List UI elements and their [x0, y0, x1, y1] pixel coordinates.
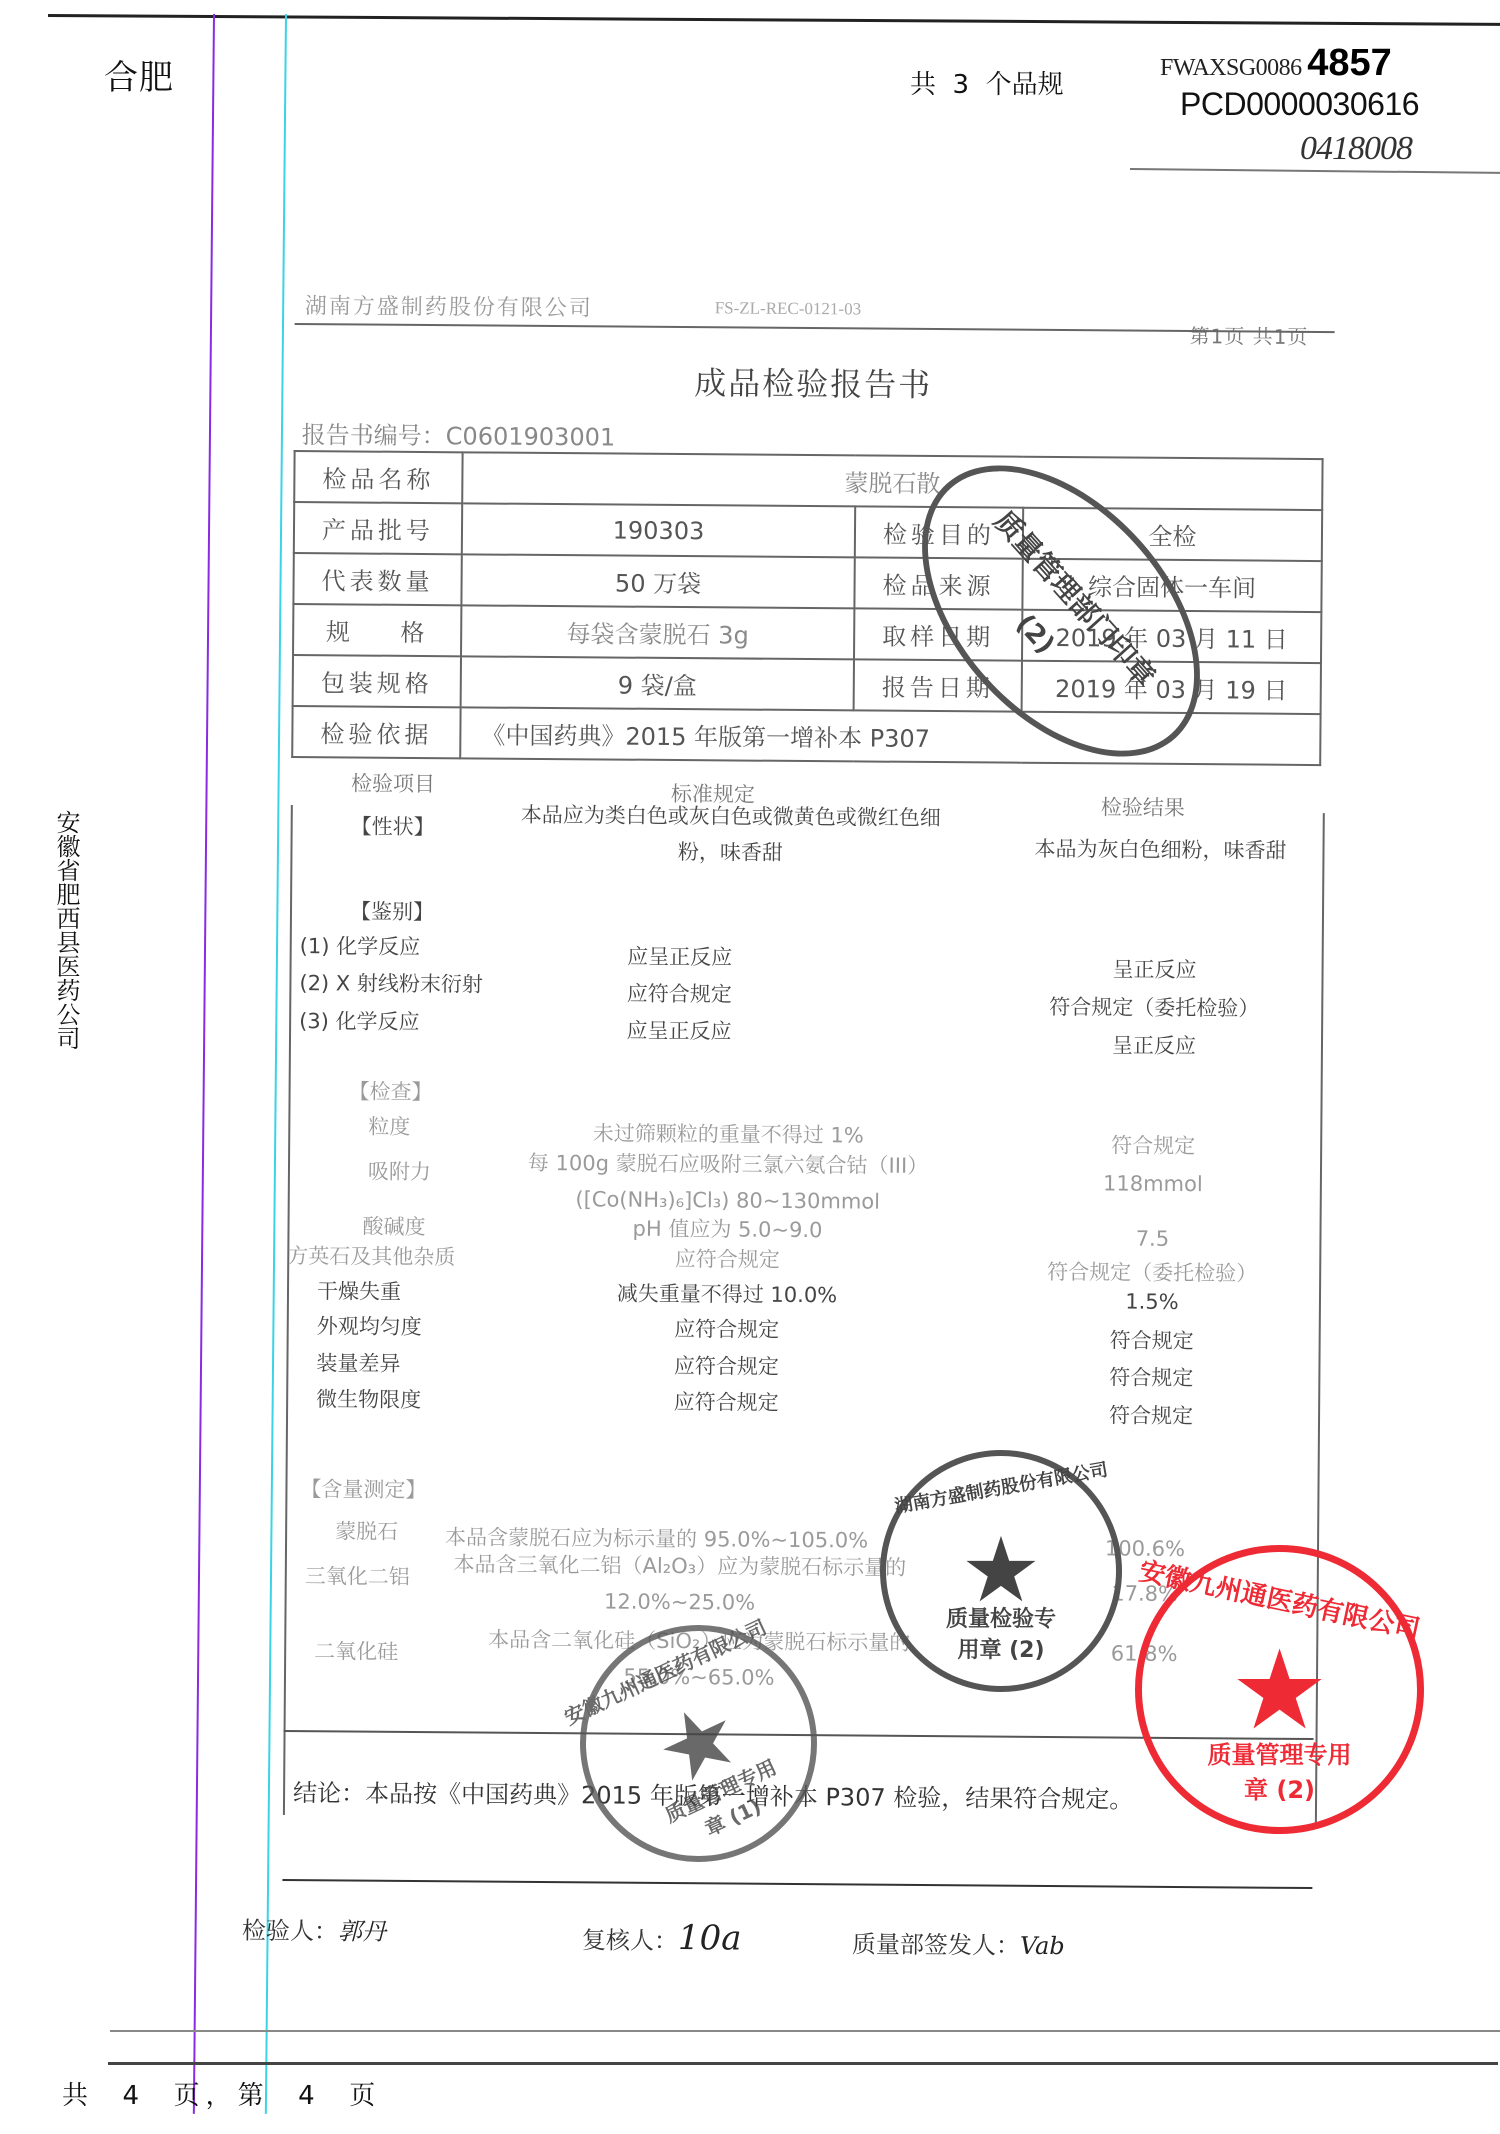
- result-cell: 符合规定（委托检验）: [1007, 1256, 1297, 1288]
- report-bottom-border: [282, 1879, 1312, 1889]
- top-rule: [48, 14, 1500, 26]
- handwritten-code: 0418008: [1300, 130, 1412, 168]
- item-cell: 蒙脱石: [335, 1515, 398, 1545]
- document-code: FS-ZL-REC-0121-03: [715, 298, 862, 319]
- section-heading: 【性状】: [351, 810, 435, 841]
- standard-cell: 应符合规定: [539, 977, 819, 1009]
- info-row: 产品批号 190303 检验目的 全检: [294, 502, 1322, 561]
- tracking-prefix: FWAXSG0086: [1160, 55, 1302, 81]
- result-cell: 118mmol: [1008, 1171, 1298, 1197]
- info-label: 代表数量: [293, 553, 461, 605]
- item-cell: 三氧化二铝: [305, 1560, 410, 1591]
- tracking-code: FWAXSG0086 4857: [1160, 42, 1392, 85]
- guide-line-purple: [193, 14, 215, 2114]
- info-label: 包装规格: [293, 655, 461, 707]
- info-label: 规 格: [293, 604, 461, 656]
- info-value: 9 袋/盒: [461, 656, 854, 710]
- header-divider: [295, 323, 1335, 333]
- result-cell: 符合规定: [1006, 1399, 1296, 1431]
- issuer-signature: 质量部签发人：Vab: [852, 1924, 1065, 1961]
- reviewer-label: 复核人：: [582, 1926, 678, 1955]
- report-number-value: C0601903001: [446, 422, 616, 451]
- item-cell: 酸碱度: [362, 1211, 425, 1241]
- item-cell: (1) 化学反应: [300, 930, 421, 961]
- stamp-sub: 质量管理专用章 (2): [1200, 1735, 1360, 1805]
- item-cell: 吸附力: [368, 1156, 431, 1186]
- item-cell: 微生物限度: [316, 1383, 421, 1414]
- result-cell: 呈正反应: [1009, 953, 1299, 985]
- stamp-sub: (2): [1010, 609, 1060, 660]
- handwritten-underline: [1130, 168, 1500, 174]
- pcd-code: PCD0000030616: [1180, 86, 1419, 123]
- info-value: 每袋含蒙脱石 3g: [461, 605, 854, 659]
- manufacturer-qc-stamp: 湖南方盛制药股份有限公司 ★ 质量检验专用章 (2): [880, 1450, 1122, 1692]
- city-label: 合肥: [104, 50, 174, 99]
- footer-rule-lower: [108, 2062, 1498, 2065]
- standard-cell: 本品应为类白色或灰白色或微黄色或微红色细粉，味香甜: [520, 797, 941, 872]
- item-cell: 干燥失重: [317, 1275, 401, 1306]
- item-cell: 装量差异: [316, 1347, 400, 1378]
- inspector-sig: 郭丹: [338, 1917, 386, 1945]
- standard-cell: 应符合规定: [507, 1242, 947, 1275]
- standard-cell: 应呈正反应: [539, 1014, 819, 1046]
- footer-rule-upper: [110, 2030, 1500, 2032]
- item-cell: 方英石及其他杂质: [287, 1240, 455, 1271]
- report-title: 成品检验报告书: [694, 358, 932, 406]
- item-cell: 二氧化硅: [314, 1635, 398, 1666]
- manufacturer-name: 湖南方盛制药股份有限公司: [305, 289, 593, 322]
- issuer-label: 质量部签发人：: [852, 1930, 1020, 1959]
- info-value: 蒙脱石散: [462, 452, 1322, 510]
- inspector-signature: 检验人：郭丹: [242, 1911, 386, 1947]
- standard-cell: 减失重量不得过 10.0%: [507, 1277, 947, 1310]
- standard-cell: 每 100g 蒙脱石应吸附三氯六氨合钴（III）([Co(NH₃)₆]Cl₃) …: [508, 1145, 949, 1220]
- info-value: 50 万袋: [461, 554, 854, 608]
- tracking-suffix: 4857: [1307, 42, 1392, 84]
- reviewer-sig: 10a: [678, 1918, 742, 1958]
- item-cell: 外观均匀度: [317, 1310, 422, 1341]
- standard-cell: 应呈正反应: [540, 940, 820, 972]
- col-header-result: 检验结果: [1101, 791, 1185, 822]
- result-cell: 7.5: [1007, 1226, 1297, 1252]
- star-icon: ★: [1230, 1635, 1329, 1745]
- standard-cell: 本品含三氧化二铝（Al₂O₃）应为蒙脱石标示量的 12.0%~25.0%: [444, 1546, 915, 1622]
- result-cell: 呈正反应: [1009, 1029, 1299, 1061]
- result-cell: 本品为灰白色细粉，味香甜: [1010, 833, 1310, 865]
- standard-cell: 应符合规定: [507, 1312, 947, 1345]
- report-number: 报告书编号：C0601903001: [302, 415, 616, 452]
- result-cell: 符合规定: [1007, 1324, 1297, 1356]
- inspector-label: 检验人：: [242, 1917, 338, 1946]
- jzt-red-stamp: 安徽九州通医药有限公司 ★ 质量管理专用章 (2): [1135, 1545, 1424, 1834]
- issuer-sig: Vab: [1020, 1932, 1065, 1960]
- report-number-label: 报告书编号：: [302, 421, 446, 450]
- section-heading: 【检查】: [348, 1075, 432, 1106]
- footer-page-info: 共 4 页，第 4 页: [62, 2075, 381, 2112]
- info-value: 190303: [462, 503, 855, 557]
- standard-cell: 应符合规定: [506, 1349, 946, 1382]
- result-cell: 1.5%: [1007, 1289, 1297, 1315]
- section-heading: 【含量测定】: [300, 1473, 426, 1504]
- item-cell: (2) X 射线粉末衍射: [299, 967, 483, 998]
- reviewer-signature: 复核人：10a: [582, 1917, 742, 1958]
- item-cell: 粒度: [368, 1111, 410, 1141]
- standard-cell: pH 值应为 5.0~9.0: [507, 1212, 947, 1245]
- side-company-label: 安徽省肥西县医药公司: [50, 810, 80, 1050]
- result-cell: 符合规定: [1008, 1129, 1298, 1161]
- result-cell: 符合规定（委托检验）: [1009, 991, 1299, 1023]
- result-cell: 符合规定: [1006, 1361, 1296, 1393]
- col-header-item: 检验项目: [351, 767, 435, 798]
- section-heading: 【鉴别】: [350, 895, 434, 926]
- report-page-info: 第1页 共1页: [1189, 320, 1308, 350]
- spec-count: 共 3 个品规: [910, 64, 1064, 101]
- info-label: 产品批号: [294, 502, 462, 554]
- info-row: 检品名称 蒙脱石散: [294, 451, 1322, 510]
- item-cell: (3) 化学反应: [299, 1005, 420, 1036]
- info-label: 检品名称: [294, 451, 462, 503]
- info-label: 检验依据: [292, 706, 460, 758]
- standard-cell: 应符合规定: [506, 1385, 946, 1418]
- stamp-sub: 质量检验专用章 (2): [936, 1602, 1066, 1664]
